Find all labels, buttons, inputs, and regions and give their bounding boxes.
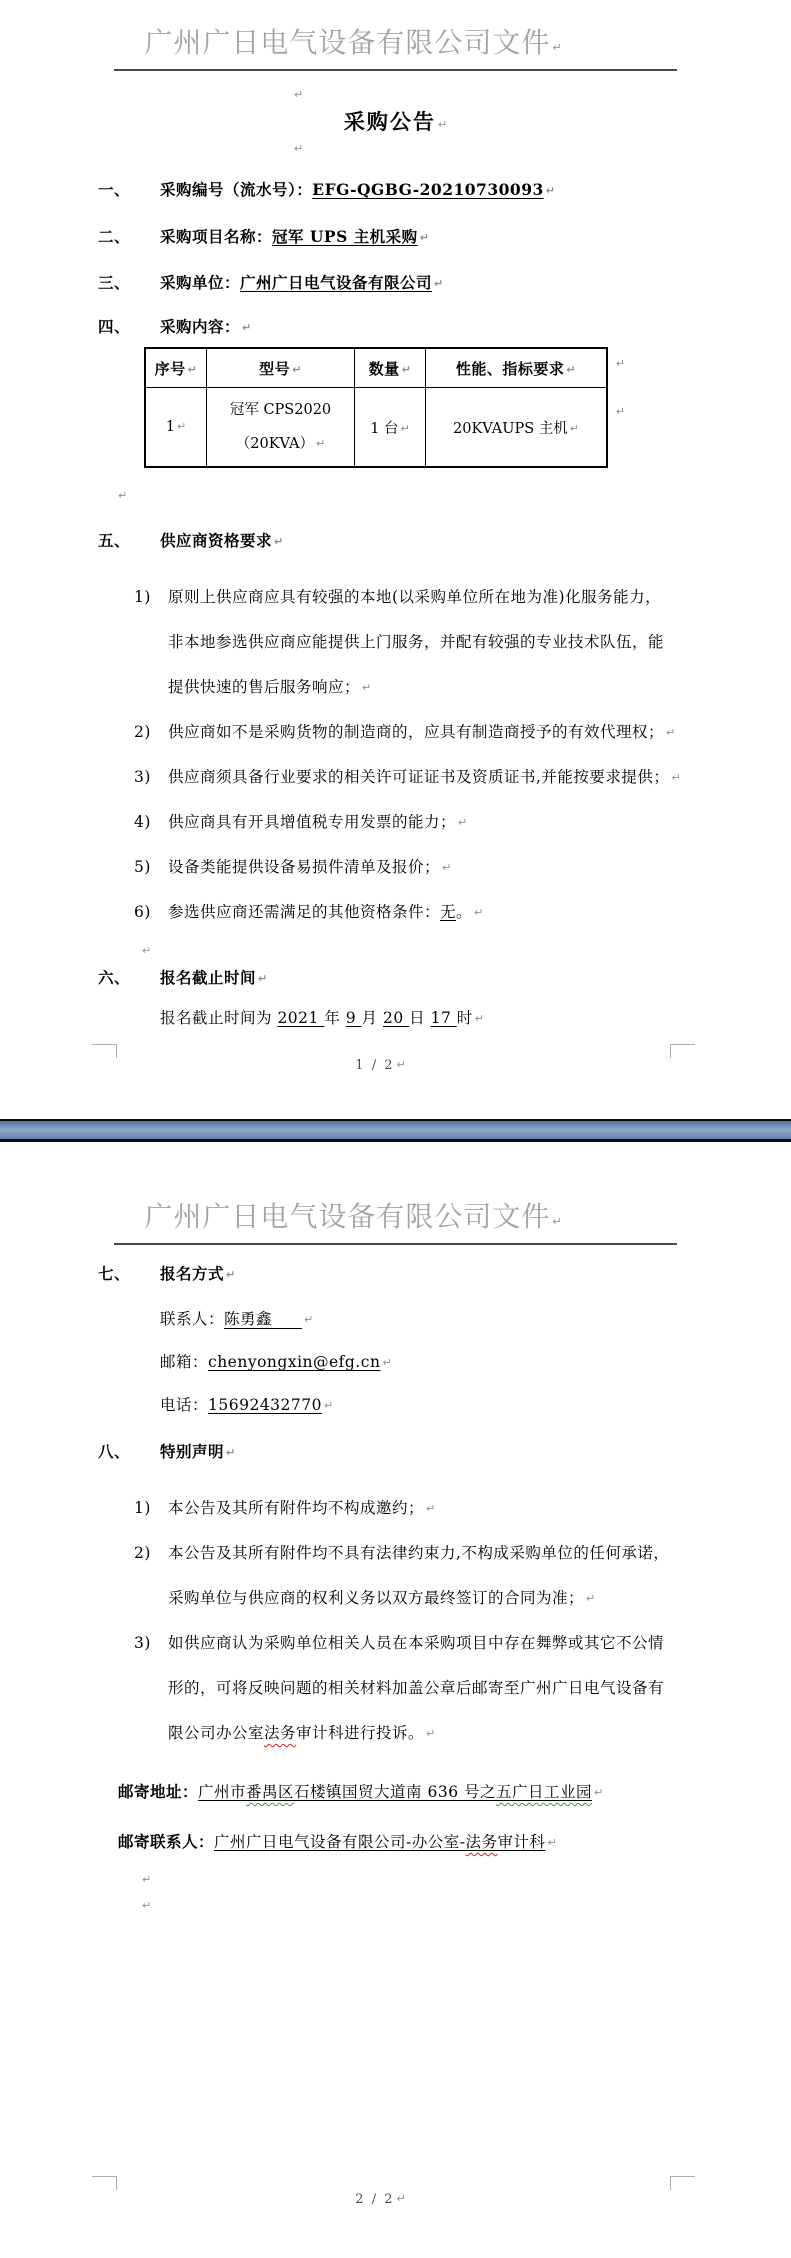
cell-spec: 20KVAUPS 主机↵ xyxy=(426,388,608,468)
document-canvas: { "marks": { "pilcrow": "↵" }, "colors":… xyxy=(0,0,791,2258)
table-row: 1↵ 冠军 CPS2020 （20KVA）↵ 1 台↵ 20KVAUPS 主机↵ xyxy=(145,388,607,468)
address-part: 广州市 xyxy=(198,1783,246,1801)
deadline-unit: 年 xyxy=(324,1009,345,1027)
paragraph-mark: ↵ xyxy=(420,231,430,244)
contact-name: 陈勇鑫 xyxy=(224,1310,302,1329)
item-text: 本公告及其所有附件均不构成邀约；↵ xyxy=(168,1486,713,1531)
empty-paragraph: ↵ xyxy=(140,1894,713,1916)
section-purchaser: 三、 采购单位：广州广日电气设备有限公司↵ xyxy=(78,272,713,295)
header-cell-spec: 性能、指标要求↵ xyxy=(426,348,608,388)
section-number: 七、 xyxy=(78,1263,160,1286)
paragraph-mark: ↵ xyxy=(396,2192,407,2205)
paragraph-mark: ↵ xyxy=(401,422,410,435)
mailing-address-line: 邮寄地址：广州市番禺区石楼镇国贸大道南 636 号之五广日工业园↵ xyxy=(118,1770,713,1814)
page2-header: 广州广日电气设备有限公司文件↵ xyxy=(78,1198,713,1245)
item-line-text: 。 xyxy=(456,903,472,921)
page-separator-bar xyxy=(0,1119,791,1142)
paragraph-mark: ↵ xyxy=(382,1356,392,1369)
header-text: 性能、指标要求 xyxy=(456,360,565,378)
item-number: 3) xyxy=(134,755,168,800)
item-line: 原则上供应商应具有较强的本地(以采购单位所在地为准)化服务能力， xyxy=(168,575,713,620)
item-text: 如供应商认为采购单位相关人员在本采购项目中存在舞弊或其它不公情 形的，可将反映问… xyxy=(168,1621,713,1756)
procurement-table-wrapper: 序号↵ 型号↵ 数量↵ 性能、指标要求↵ 1↵ 冠军 CPS2020 （20KV… xyxy=(144,347,608,468)
qualification-item-1: 1) 原则上供应商应具有较强的本地(以采购单位所在地为准)化服务能力， 非本地参… xyxy=(78,575,713,710)
mailing-contact-value: 广州广日电气设备有限公司-办公室-法务审计科 xyxy=(214,1833,546,1851)
paragraph-mark: ↵ xyxy=(438,118,447,131)
company-header-text: 广州广日电气设备有限公司文件 xyxy=(144,26,550,59)
section-special-statement: 八、 特别声明↵ xyxy=(78,1441,713,1464)
paragraph-mark: ↵ xyxy=(586,1592,596,1605)
section-number: 六、 xyxy=(78,967,160,990)
item-text: 设备类能提供设备易损件清单及报价；↵ xyxy=(168,845,713,890)
section-heading-text: 特别声明 xyxy=(160,1442,224,1461)
paragraph-mark: ↵ xyxy=(294,142,303,155)
section-heading: 特别声明↵ xyxy=(160,1441,236,1464)
page1-margin-corner-right xyxy=(670,1044,695,1058)
deadline-unit: 月 xyxy=(362,1009,383,1027)
section-number: 五、 xyxy=(78,530,160,553)
paragraph-mark: ↵ xyxy=(316,437,325,450)
empty-paragraph: ↵ xyxy=(78,139,713,157)
spellcheck-red-squiggle: 法务 xyxy=(264,1724,296,1742)
section-project-name: 二、 采购项目名称：冠军 UPS 主机采购↵ xyxy=(78,226,713,249)
email-line: 邮箱：chenyongxin@efg.cn↵ xyxy=(160,1341,713,1384)
paragraph-mark: ↵ xyxy=(304,1313,314,1326)
paragraph-mark: ↵ xyxy=(552,41,562,54)
header-rule xyxy=(114,1243,677,1245)
section-number: 二、 xyxy=(78,226,160,249)
item-text: 供应商如不是采购货物的制造商的，应具有制造商授予的有效代理权；↵ xyxy=(168,710,713,755)
deadline-month: 9 xyxy=(346,1009,362,1027)
procurement-table: 序号↵ 型号↵ 数量↵ 性能、指标要求↵ 1↵ 冠军 CPS2020 （20KV… xyxy=(144,347,608,468)
page2-margin-corner-right xyxy=(670,2176,695,2190)
item-line-text: 参选供应商还需满足的其他资格条件： xyxy=(168,903,440,921)
deadline-hour: 17 xyxy=(431,1009,457,1027)
item-line: 如供应商认为采购单位相关人员在本采购项目中存在舞弊或其它不公情 xyxy=(168,1621,713,1666)
paragraph-mark: ↵ xyxy=(177,420,186,433)
item-line: 提供快速的售后服务响应；↵ xyxy=(168,665,713,710)
paragraph-mark: ↵ xyxy=(671,771,681,784)
paragraph-mark: ↵ xyxy=(118,489,127,502)
paragraph-mark: ↵ xyxy=(434,277,444,290)
item-number: 2) xyxy=(134,1531,168,1621)
mailing-address-value: 广州市番禺区石楼镇国贸大道南 636 号之五广日工业园 xyxy=(198,1783,592,1801)
deadline-unit: 时 xyxy=(457,1009,473,1027)
item-line-text: 设备类能提供设备易损件清单及报价； xyxy=(168,858,440,876)
qualification-item-4: 4) 供应商具有开具增值税专用发票的能力；↵ xyxy=(78,800,713,845)
document-title: 采购公告 xyxy=(344,109,436,134)
section-number: 四、 xyxy=(78,316,160,339)
header-cell-index: 序号↵ xyxy=(145,348,207,388)
company-header-title: 广州广日电气设备有限公司文件↵ xyxy=(144,1198,562,1241)
spellcheck-green-squiggle: 五广日工业园 xyxy=(496,1783,592,1801)
paragraph-mark: ↵ xyxy=(362,681,372,694)
item-line: 采购单位与供应商的权利义务以双方最终签订的合同为准；↵ xyxy=(168,1576,713,1621)
mailing-address-label: 邮寄地址： xyxy=(118,1782,198,1801)
section-procurement-code: 一、 采购编号（流水号）：EFG-QGBG-20210730093↵ xyxy=(78,179,713,202)
procurement-code-value: EFG-QGBG-20210730093 xyxy=(312,180,544,199)
empty-paragraph: ↵ xyxy=(78,85,713,103)
contact-part: 广州广日电气设备有限公司-办公室- xyxy=(214,1833,465,1851)
cell-text: 1 xyxy=(166,419,175,435)
cell-text: （20KVA） xyxy=(236,436,314,452)
item-number: 4) xyxy=(134,800,168,845)
email-value: chenyongxin@efg.cn xyxy=(208,1353,380,1371)
section-registration-deadline: 六、 报名截止时间↵ xyxy=(78,967,713,990)
section-number: 三、 xyxy=(78,272,160,295)
model-line2: （20KVA）↵ xyxy=(209,427,352,461)
statement-item-3: 3) 如供应商认为采购单位相关人员在本采购项目中存在舞弊或其它不公情 形的，可将… xyxy=(78,1621,713,1756)
contact-person-line: 联系人：陈勇鑫↵ xyxy=(160,1298,713,1341)
item-number: 2) xyxy=(134,710,168,755)
item-line-text: 提供快速的售后服务响应； xyxy=(168,678,360,696)
paragraph-mark: ↵ xyxy=(546,184,556,197)
item-line: 限公司办公室法务审计科进行投诉。↵ xyxy=(168,1711,713,1756)
paragraph-mark: ↵ xyxy=(142,1899,151,1912)
paragraph-mark: ↵ xyxy=(142,1873,151,1886)
paragraph-mark: ↵ xyxy=(570,422,579,435)
paragraph-mark: ↵ xyxy=(142,944,151,957)
deadline-paragraph: 报名截止时间为 2021 年 9 月 20 日 17 时↵ xyxy=(160,996,713,1041)
section-supplier-qualifications: 五、 供应商资格要求↵ xyxy=(78,530,713,553)
item-line: 形的，可将反映问题的相关材料加盖公章后邮寄至广州广日电气设备有 xyxy=(168,1666,713,1711)
paragraph-mark: ↵ xyxy=(402,363,412,376)
item-line-text: 限公司办公室 xyxy=(168,1724,264,1742)
header-text: 数量 xyxy=(369,360,400,378)
header-cell-qty: 数量↵ xyxy=(355,348,426,388)
deadline-text: 报名截止时间为 xyxy=(160,1009,277,1027)
section-registration-method: 七、 报名方式↵ xyxy=(78,1263,713,1286)
purchaser-value: 广州广日电气设备有限公司 xyxy=(240,273,432,292)
header-rule xyxy=(114,69,677,71)
phone-label: 电话： xyxy=(160,1396,208,1414)
paragraph-mark: ↵ xyxy=(426,1502,436,1515)
paragraph-mark: ↵ xyxy=(226,1268,236,1281)
section-body: 采购项目名称：冠军 UPS 主机采购↵ xyxy=(160,226,429,249)
page-number: 2 / 2 xyxy=(355,2192,394,2207)
header-text: 序号 xyxy=(155,360,186,378)
paragraph-mark: ↵ xyxy=(426,1727,436,1740)
section-heading: 报名截止时间↵ xyxy=(160,967,268,990)
item-line: 本公告及其所有附件均不具有法律约束力,不构成采购单位的任何承诺， xyxy=(168,1531,713,1576)
phone-value: 15692432770 xyxy=(208,1396,322,1414)
section-number: 八、 xyxy=(78,1441,160,1464)
address-part: 石楼镇国贸大道南 636 号之 xyxy=(294,1783,496,1801)
paragraph-mark: ↵ xyxy=(474,906,484,919)
empty-paragraph: ↵ xyxy=(140,1868,713,1890)
section-label: 采购项目名称： xyxy=(160,227,272,246)
phone-line: 电话：15692432770↵ xyxy=(160,1384,713,1427)
section-label: 采购内容： xyxy=(160,317,240,336)
page1-margin-corner-left xyxy=(92,1044,117,1058)
paragraph-mark: ↵ xyxy=(274,535,284,548)
page2-footer: 2 / 2↵ xyxy=(0,2192,791,2207)
item-text: 供应商具有开具增值税专用发票的能力；↵ xyxy=(168,800,713,845)
paragraph-mark: ↵ xyxy=(442,861,452,874)
spellcheck-red-squiggle: 法务 xyxy=(466,1833,498,1851)
item-line-text: 供应商具有开具增值税专用发票的能力； xyxy=(168,813,456,831)
section-body: 采购内容：↵ xyxy=(160,316,252,339)
company-header-title: 广州广日电气设备有限公司文件↵ xyxy=(144,24,562,67)
deadline-year: 2021 xyxy=(277,1009,324,1027)
paragraph-mark: ↵ xyxy=(566,363,576,376)
page-2: 广州广日电气设备有限公司文件↵ 七、 报名方式↵ 联系人：陈勇鑫↵ 邮箱：che… xyxy=(78,1190,713,1916)
document-title-row: 采购公告↵ xyxy=(78,105,713,139)
project-name-value: 冠军 UPS 主机采购 xyxy=(272,227,418,246)
cell-text: 1 台 xyxy=(370,421,398,437)
section-number: 一、 xyxy=(78,179,160,202)
section-body: 采购编号（流水号）：EFG-QGBG-20210730093↵ xyxy=(160,179,555,202)
paragraph-mark: ↵ xyxy=(292,363,302,376)
page-number: 1 / 2 xyxy=(355,1058,394,1073)
section-label: 采购编号（流水号）： xyxy=(160,180,312,199)
paragraph-mark: ↵ xyxy=(396,1058,407,1071)
paragraph-mark: ↵ xyxy=(594,1786,604,1799)
table-header-row: 序号↵ 型号↵ 数量↵ 性能、指标要求↵ xyxy=(145,348,607,388)
header-text: 型号 xyxy=(259,360,290,378)
qualification-item-5: 5) 设备类能提供设备易损件清单及报价；↵ xyxy=(78,845,713,890)
qualification-item-2: 2) 供应商如不是采购货物的制造商的，应具有制造商授予的有效代理权；↵ xyxy=(78,710,713,755)
paragraph-mark: ↵ xyxy=(458,816,468,829)
item-text: 供应商须具备行业要求的相关许可证证书及资质证书,并能按要求提供；↵ xyxy=(168,755,713,800)
mailing-contact-label: 邮寄联系人： xyxy=(118,1832,214,1851)
cell-model: 冠军 CPS2020 （20KVA）↵ xyxy=(207,388,355,468)
item-line-text: 采购单位与供应商的权利义务以双方最终签订的合同为准； xyxy=(168,1589,584,1607)
item-number: 6) xyxy=(134,890,168,935)
paragraph-mark: ↵ xyxy=(226,1446,236,1459)
paragraph-mark: ↵ xyxy=(666,726,676,739)
paragraph-mark: ↵ xyxy=(552,1215,562,1228)
page-1: 广州广日电气设备有限公司文件↵ ↵ 采购公告↵ ↵ 一、 采购编号（流水号）：E… xyxy=(78,0,713,1041)
contact-label: 联系人： xyxy=(160,1310,224,1328)
cell-text: 20KVAUPS 主机 xyxy=(453,421,568,437)
header-cell-model: 型号↵ xyxy=(207,348,355,388)
paragraph-mark: ↵ xyxy=(548,1836,558,1849)
section-heading: 报名方式↵ xyxy=(160,1263,236,1286)
item-text: 本公告及其所有附件均不具有法律约束力,不构成采购单位的任何承诺， 采购单位与供应… xyxy=(168,1531,713,1621)
model-line1: 冠军 CPS2020 xyxy=(209,393,352,427)
spellcheck-green-squiggle: 番禺区 xyxy=(246,1783,294,1801)
page1-footer: 1 / 2↵ xyxy=(0,1058,791,1073)
item-line-text: 供应商如不是采购货物的制造商的，应具有制造商授予的有效代理权； xyxy=(168,723,664,741)
item-text: 原则上供应商应具有较强的本地(以采购单位所在地为准)化服务能力， 非本地参选供应… xyxy=(168,575,713,710)
section-heading-text: 报名截止时间 xyxy=(160,968,256,987)
paragraph-mark: ↵ xyxy=(258,972,268,985)
qualification-item-6: 6) 参选供应商还需满足的其他资格条件：无。↵ xyxy=(78,890,713,935)
paragraph-mark: ↵ xyxy=(475,1012,485,1025)
page2-margin-corner-left xyxy=(92,2176,117,2190)
contact-part: 审计科 xyxy=(498,1833,546,1851)
item-line-text: 供应商须具备行业要求的相关许可证证书及资质证书,并能按要求提供； xyxy=(168,768,669,786)
none-value: 无 xyxy=(440,903,456,921)
paragraph-mark: ↵ xyxy=(188,363,198,376)
section-heading-text: 供应商资格要求 xyxy=(160,531,272,550)
email-label: 邮箱： xyxy=(160,1353,208,1371)
qualification-item-3: 3) 供应商须具备行业要求的相关许可证证书及资质证书,并能按要求提供；↵ xyxy=(78,755,713,800)
section-body: 采购单位：广州广日电气设备有限公司↵ xyxy=(160,272,444,295)
paragraph-mark: ↵ xyxy=(242,321,252,334)
section-procurement-content: 四、 采购内容：↵ xyxy=(78,316,713,339)
paragraph-mark: ↵ xyxy=(324,1399,334,1412)
item-number: 5) xyxy=(134,845,168,890)
paragraph-mark: ↵ xyxy=(294,88,303,101)
item-line-text: 本公告及其所有附件均不构成邀约； xyxy=(168,1499,424,1517)
cell-qty: 1 台↵ xyxy=(355,388,426,468)
cell-index: 1↵ xyxy=(145,388,207,468)
company-header-text: 广州广日电气设备有限公司文件 xyxy=(144,1200,550,1233)
item-number: 1) xyxy=(134,1486,168,1531)
row-end-mark: ↵ xyxy=(616,405,625,418)
empty-paragraph: ↵ xyxy=(140,939,713,961)
section-heading: 供应商资格要求↵ xyxy=(160,530,284,553)
page1-header: 广州广日电气设备有限公司文件↵ xyxy=(78,24,713,71)
deadline-day: 20 xyxy=(383,1009,409,1027)
item-line: 非本地参选供应商应能提供上门服务，并配有较强的专业技术队伍，能 xyxy=(168,620,713,665)
empty-paragraph: ↵ xyxy=(116,486,713,504)
section-label: 采购单位： xyxy=(160,273,240,292)
row-end-mark: ↵ xyxy=(616,357,625,370)
item-number: 3) xyxy=(134,1621,168,1756)
item-line-text: 审计科进行投诉。 xyxy=(296,1724,424,1742)
mailing-contact-line: 邮寄联系人：广州广日电气设备有限公司-办公室-法务审计科↵ xyxy=(118,1820,713,1864)
item-text: 参选供应商还需满足的其他资格条件：无。↵ xyxy=(168,890,713,935)
statement-item-2: 2) 本公告及其所有附件均不具有法律约束力,不构成采购单位的任何承诺， 采购单位… xyxy=(78,1531,713,1621)
item-number: 1) xyxy=(134,575,168,710)
statement-item-1: 1) 本公告及其所有附件均不构成邀约；↵ xyxy=(78,1486,713,1531)
deadline-unit: 日 xyxy=(409,1009,430,1027)
section-heading-text: 报名方式 xyxy=(160,1264,224,1283)
